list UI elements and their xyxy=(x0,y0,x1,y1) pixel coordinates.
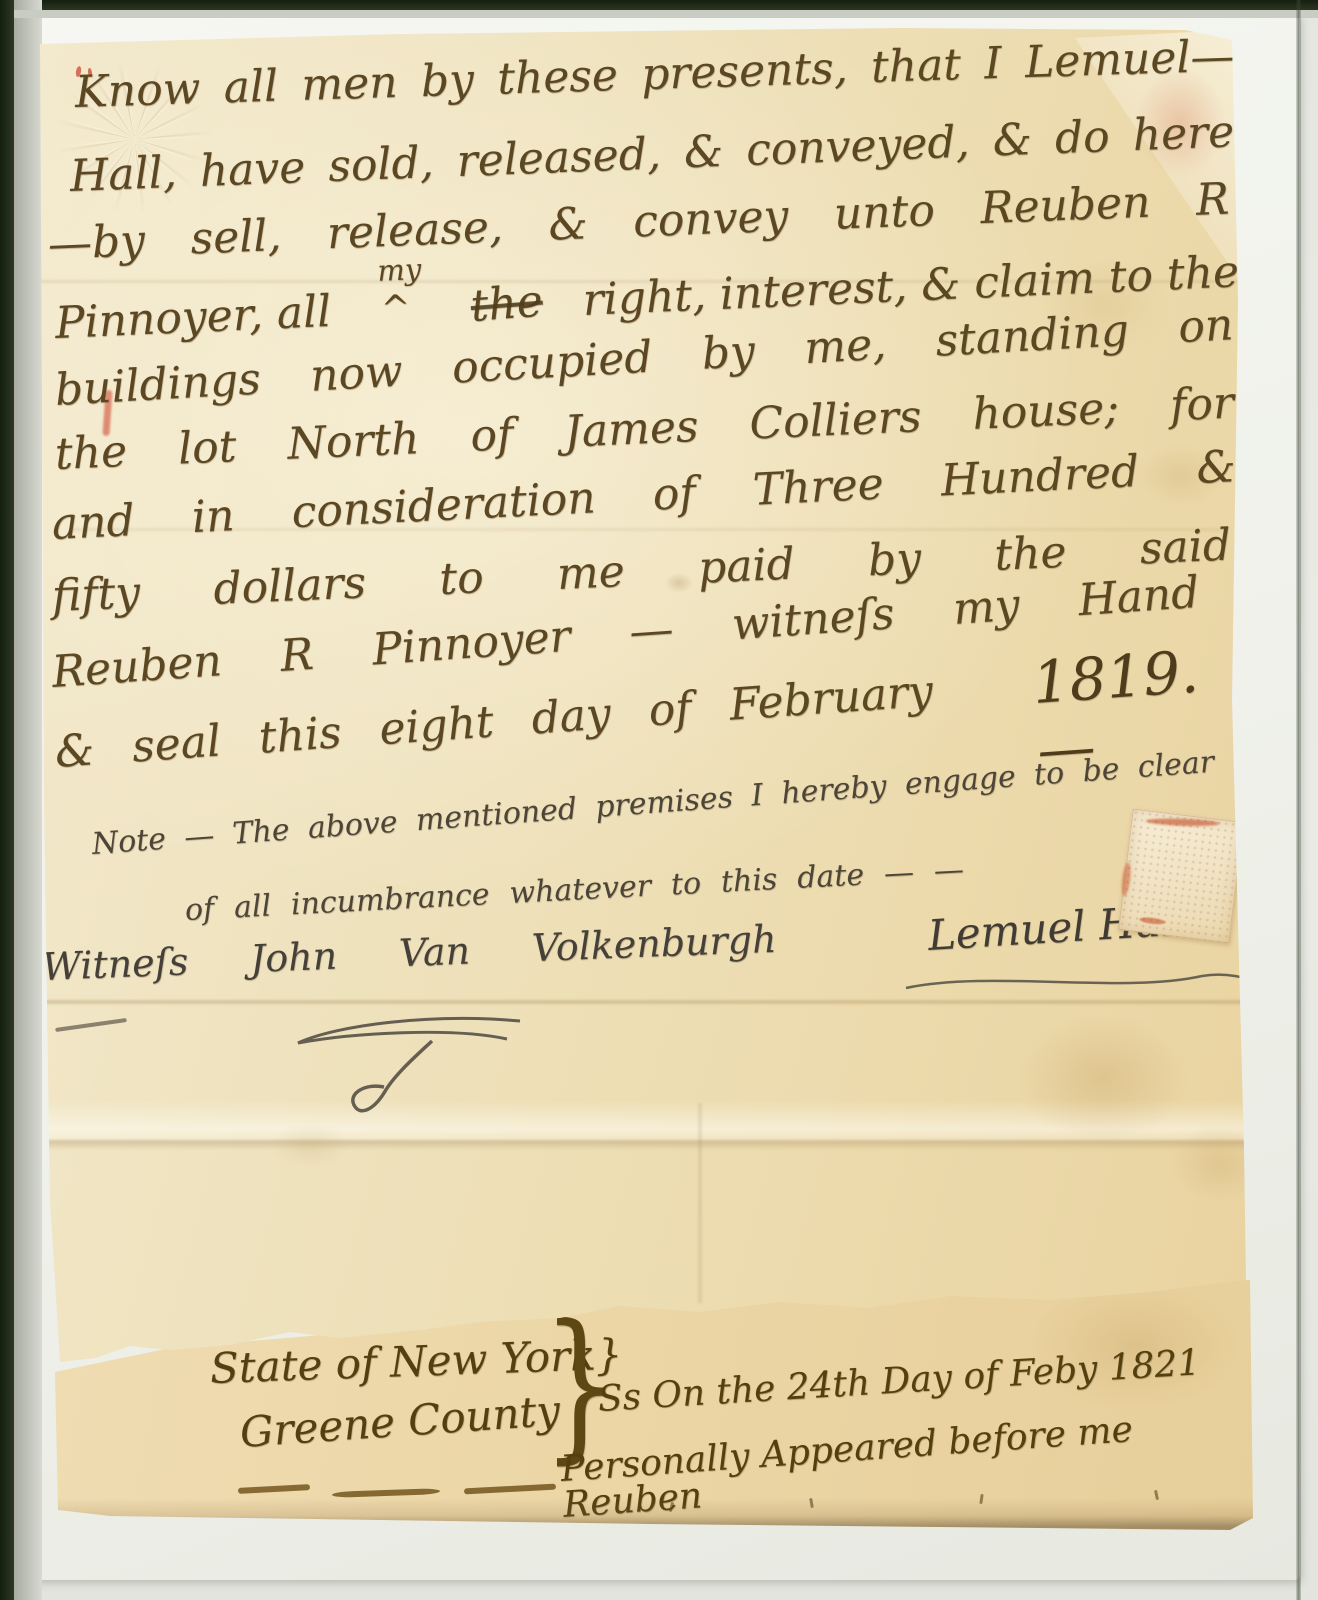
inserted-word: my xyxy=(377,253,422,288)
seal-red-wax xyxy=(1120,862,1132,897)
caret-mark: ^ xyxy=(380,288,411,330)
deed-page: Know all men by these presents, that I L… xyxy=(40,28,1250,1373)
note-line-2: of all incumbrance whatever to this date… xyxy=(184,853,965,928)
stain xyxy=(1015,1013,1190,1143)
deed-line-4-pre: Pinnoyer, all xyxy=(54,287,332,350)
witness-underline xyxy=(55,1018,127,1032)
seal-red-wax xyxy=(1139,916,1166,925)
struck-out-word: the xyxy=(469,277,545,333)
scanner-edge-top xyxy=(0,0,1318,10)
signature-flourish xyxy=(902,968,1262,1002)
fold-crease-vertical xyxy=(698,1103,702,1303)
notary-county-line: Greene County xyxy=(239,1390,562,1454)
scanner-edge-right xyxy=(1296,0,1301,1600)
scanned-document: State of New York} Greene County } Ss On… xyxy=(0,0,1318,1600)
deed-line-1: Know all men by these presents, that I L… xyxy=(74,32,1235,119)
underline-flourish xyxy=(238,1484,310,1494)
scanner-shadow-top xyxy=(14,10,1318,18)
inserted-word-group: my ^ xyxy=(370,278,432,325)
scanner-edge-left xyxy=(0,0,14,1600)
witness-line: Witneſs John Van Volkenburgh xyxy=(41,918,777,990)
wafer-seal xyxy=(1118,809,1244,944)
scanner-shadow-left xyxy=(14,0,42,1600)
pen-flourish-paraph xyxy=(282,1013,542,1142)
underline-flourish xyxy=(332,1488,440,1498)
underline-flourish xyxy=(464,1484,556,1495)
fold-crease xyxy=(40,1140,1250,1150)
seal-red-wax xyxy=(1145,818,1219,828)
